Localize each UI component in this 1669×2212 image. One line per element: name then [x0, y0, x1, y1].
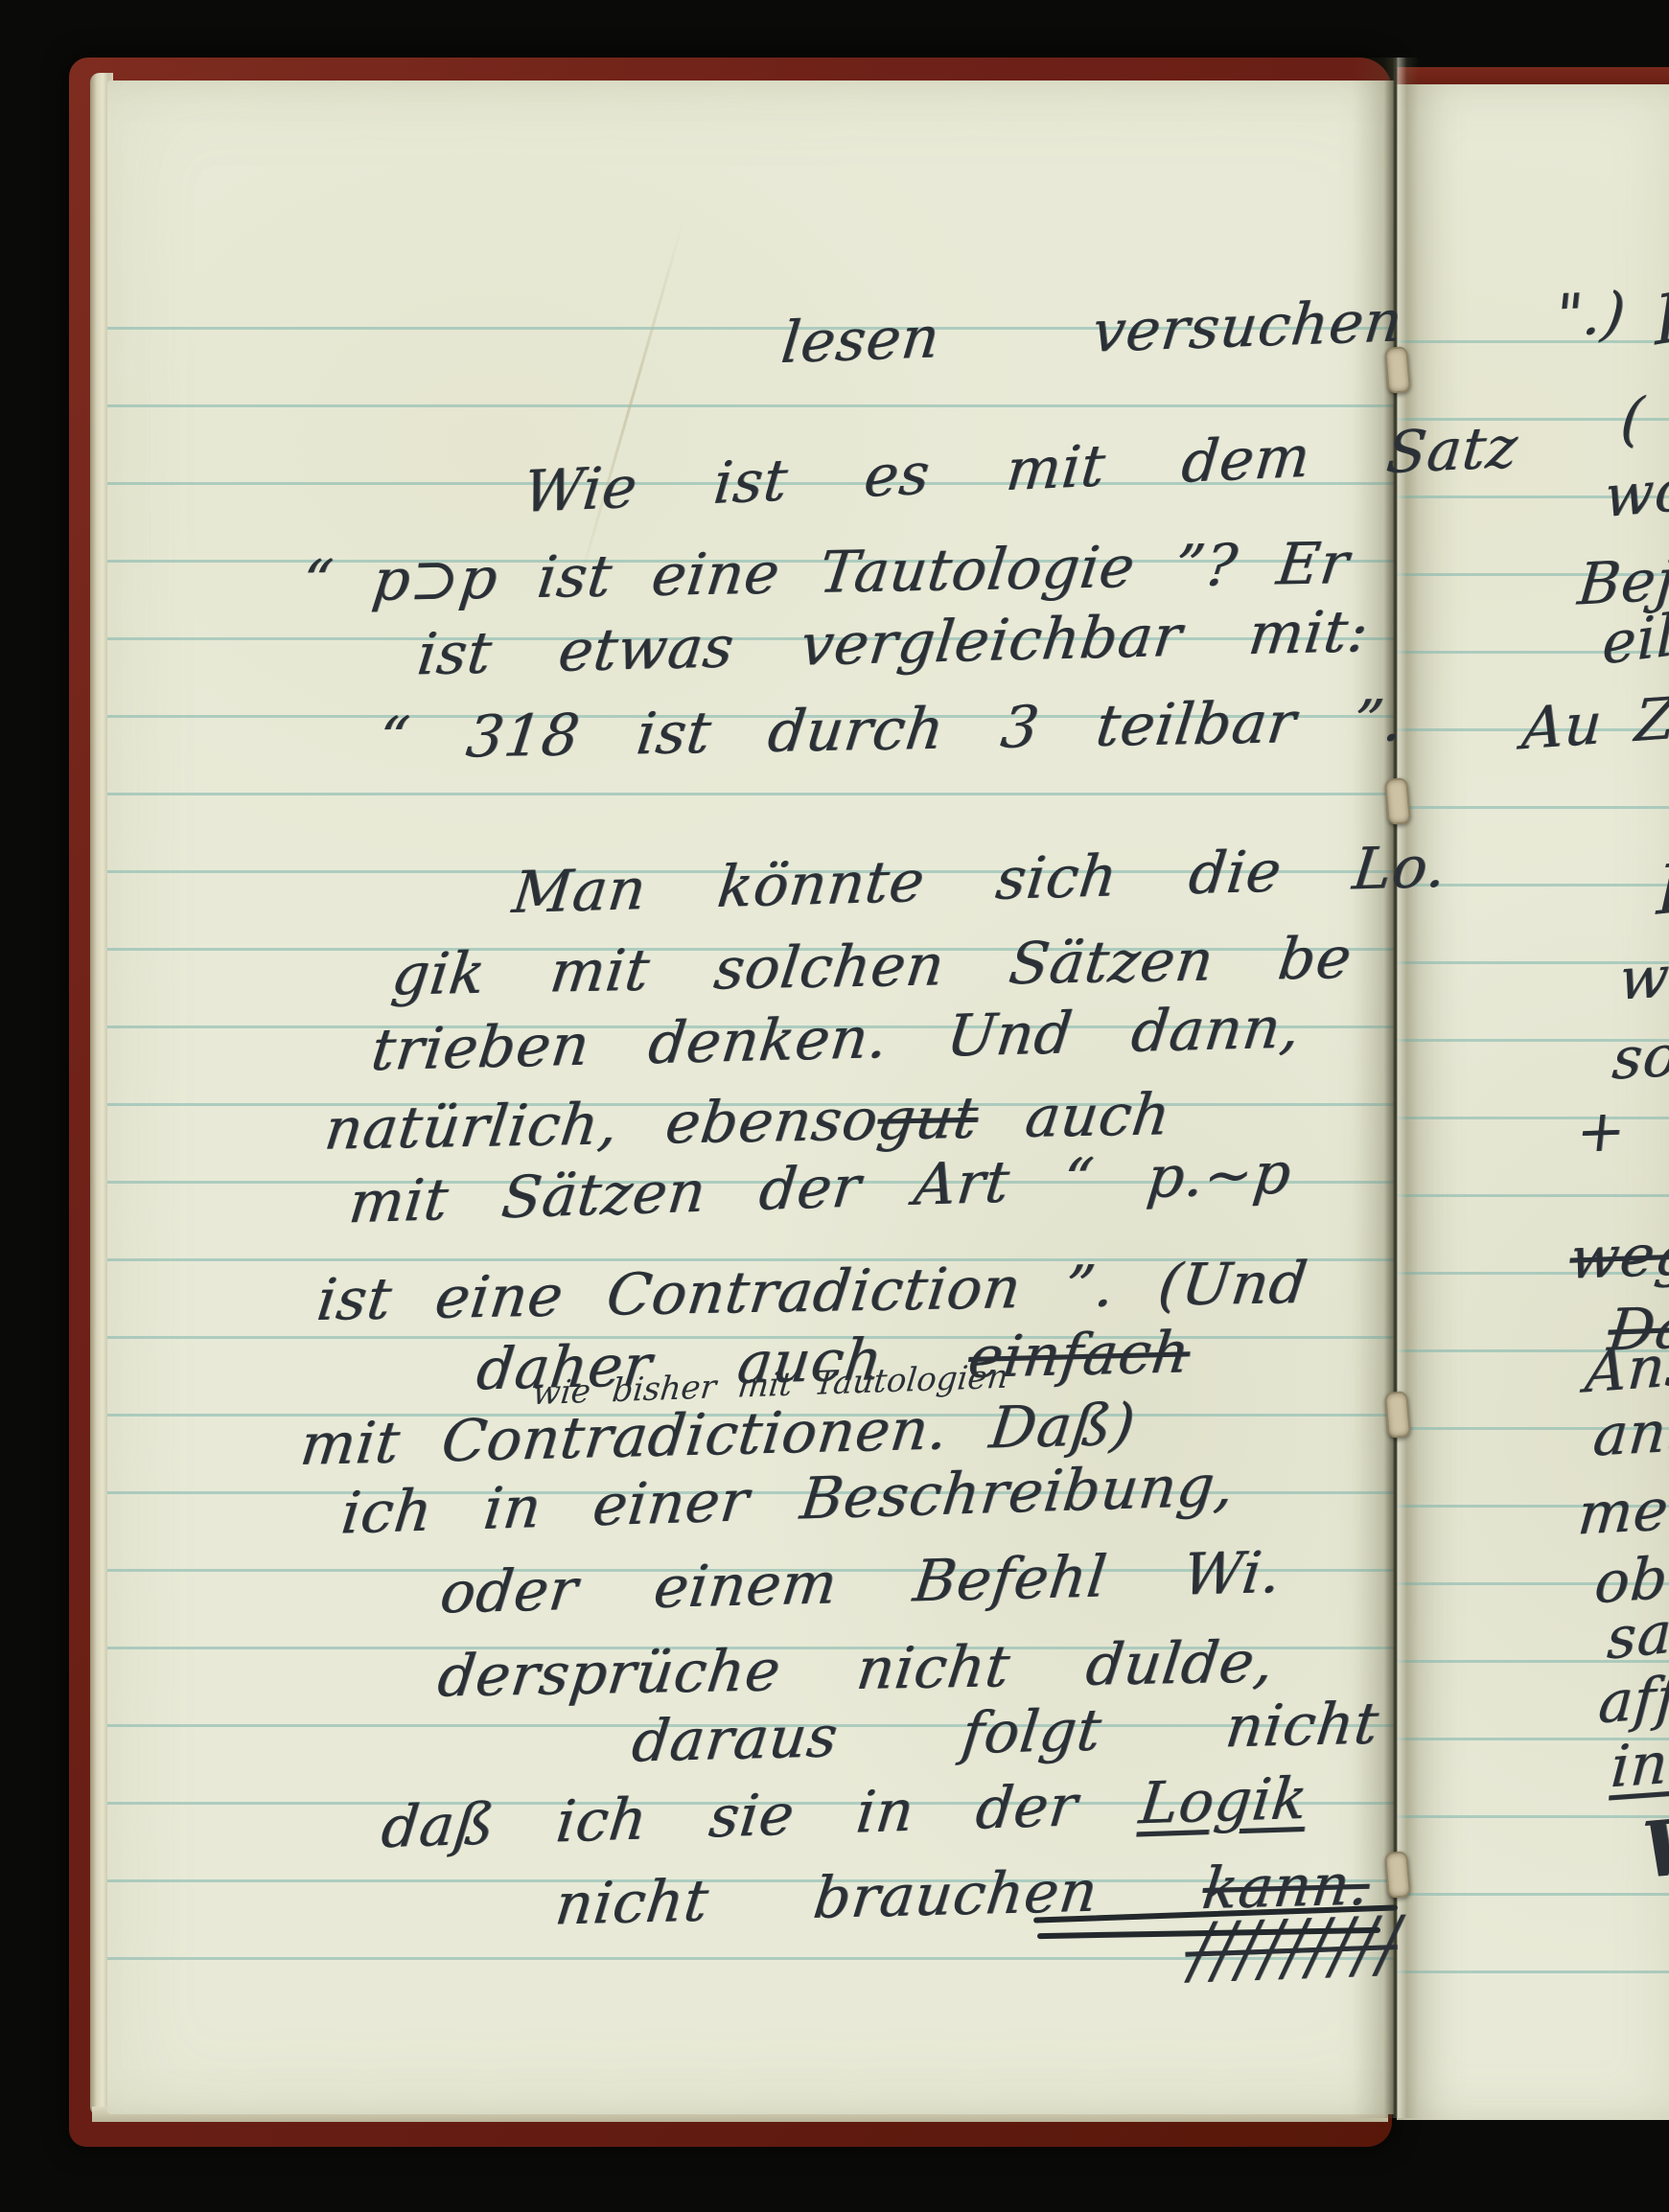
line-text: V o [1637, 1791, 1669, 1897]
manuscript-fragment: V o [1416, 1720, 1669, 1986]
struck-text: ╱╱╱╱╱╱╱╱╱ [1184, 1915, 1398, 1983]
line-text: + [1573, 1095, 1669, 1166]
crossed-out-hash-marks: ╱╱╱╱╱╱╱╱╱ [1040, 1868, 1400, 2036]
notebook-photo: lesen versuchen ".) Wie ist es mit dem S… [0, 0, 1669, 2212]
line-text: Au Ze [1519, 682, 1669, 763]
line-text: “ 318 ist durch 3 teilbar ”. [375, 687, 1407, 772]
